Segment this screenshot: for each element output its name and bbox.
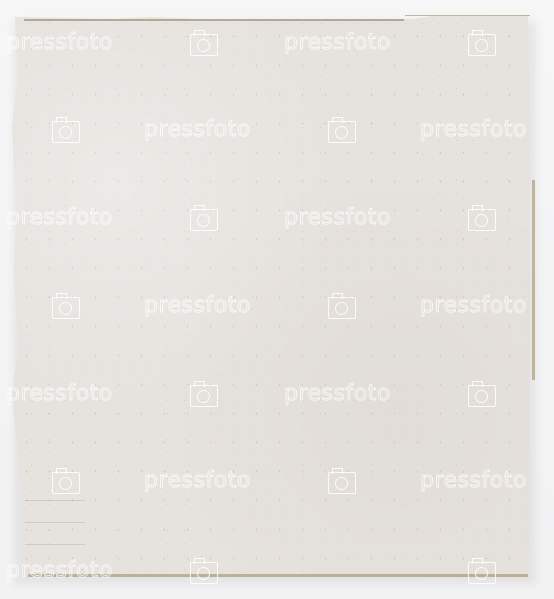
- watermark-text: pressfoto: [144, 293, 251, 318]
- torn-edge-right: [532, 180, 535, 380]
- watermark-camera-icon: [52, 297, 80, 319]
- watermark-text: pressfoto: [420, 117, 527, 142]
- watermark-camera-icon: [468, 562, 496, 584]
- watermark-text: pressfoto: [6, 381, 113, 406]
- corrugation-line: [25, 500, 85, 501]
- watermark-camera-icon: [468, 34, 496, 56]
- photo-stage: pressfotopressfotopressfotopressfotopres…: [0, 0, 554, 599]
- watermark-camera-icon: [328, 472, 356, 494]
- watermark-camera-icon: [190, 34, 218, 56]
- watermark-camera-icon: [52, 472, 80, 494]
- watermark-camera-icon: [328, 121, 356, 143]
- watermark-camera-icon: [468, 209, 496, 231]
- watermark-text: pressfoto: [6, 205, 113, 230]
- watermark-camera-icon: [190, 209, 218, 231]
- torn-edge-top: [24, 19, 404, 21]
- corrugation-line: [25, 522, 85, 523]
- corrugation-line: [25, 544, 85, 545]
- watermark-camera-icon: [468, 385, 496, 407]
- watermark-text: pressfoto: [420, 293, 527, 318]
- watermark-text: pressfoto: [284, 381, 391, 406]
- watermark-text: pressfoto: [284, 30, 391, 55]
- watermark-text: pressfoto: [144, 117, 251, 142]
- watermark-text: pressfoto: [420, 468, 527, 493]
- watermark-camera-icon: [328, 297, 356, 319]
- torn-edge-top-right: [405, 15, 530, 16]
- watermark-text: pressfoto: [6, 558, 113, 583]
- watermark-text: pressfoto: [6, 30, 113, 55]
- watermark-camera-icon: [190, 562, 218, 584]
- watermark-text: pressfoto: [144, 468, 251, 493]
- watermark-text: pressfoto: [284, 205, 391, 230]
- watermark-camera-icon: [190, 385, 218, 407]
- watermark-camera-icon: [52, 121, 80, 143]
